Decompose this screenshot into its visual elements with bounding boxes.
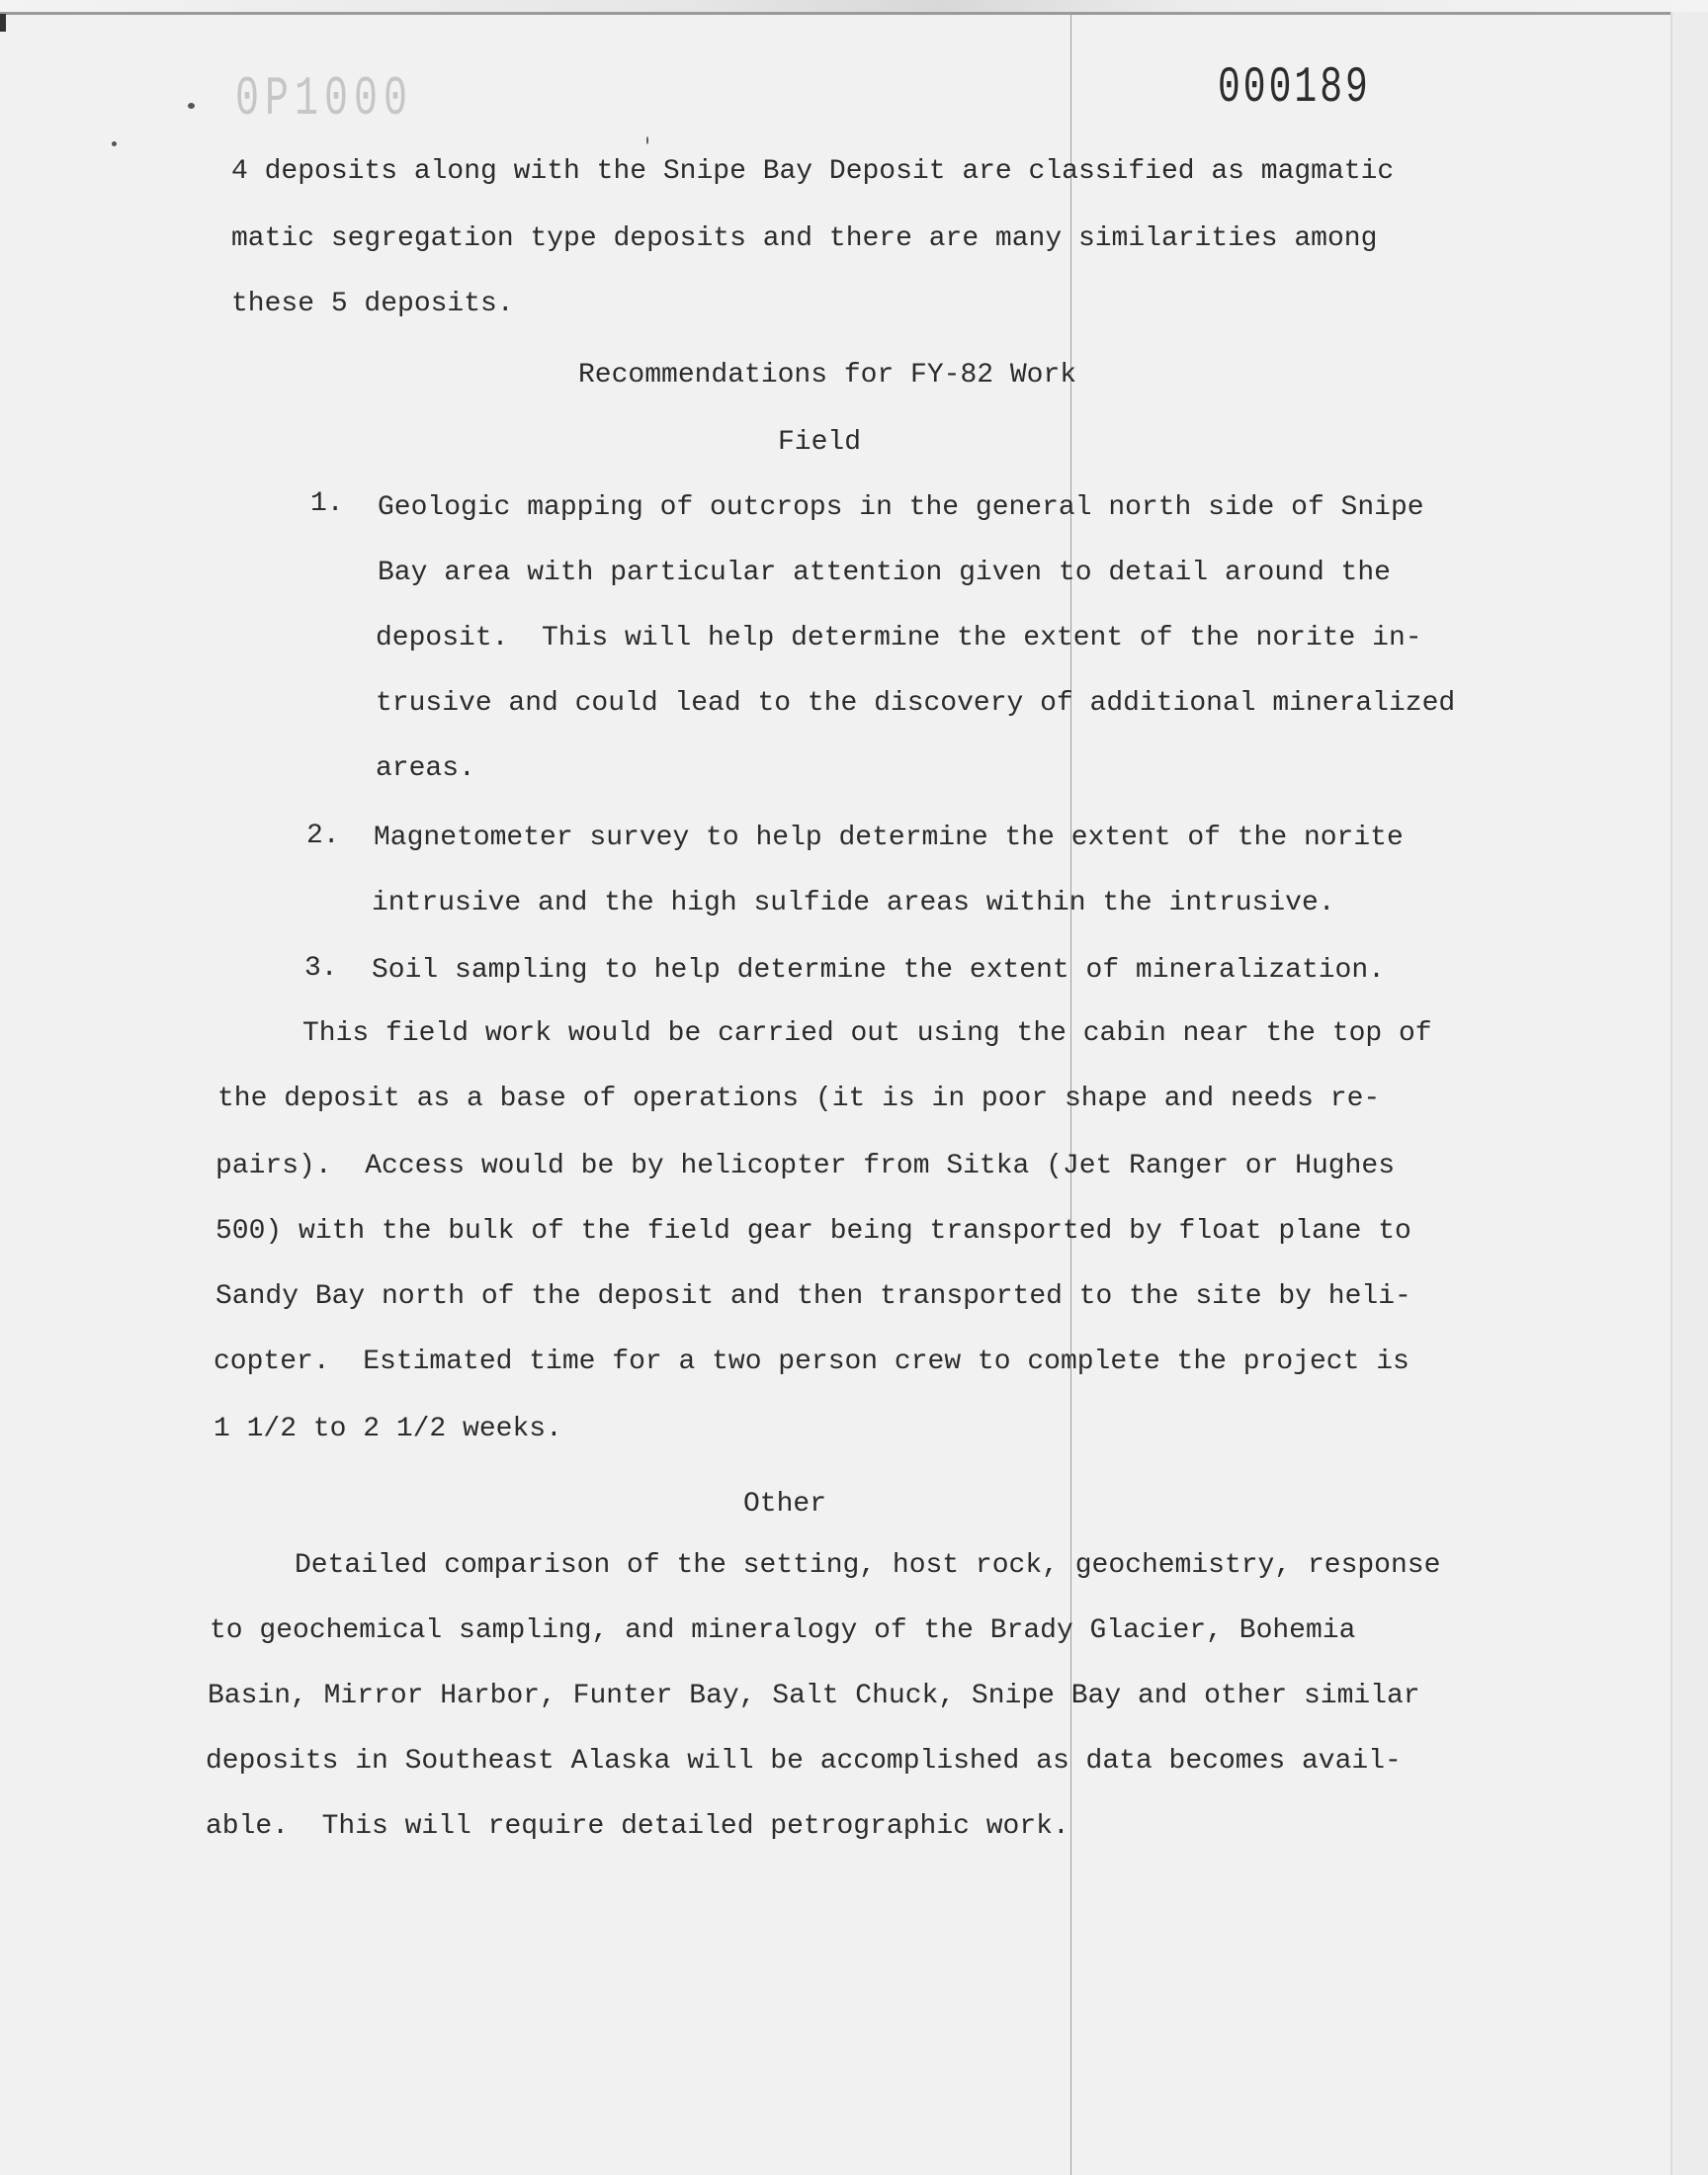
paragraph-line: This field work would be carried out usi… xyxy=(302,1020,1432,1048)
page-number-stamp: 000189 xyxy=(1218,59,1371,117)
list-item-line: intrusive and the high sulfide areas wit… xyxy=(372,890,1335,917)
speck-mark xyxy=(112,141,117,146)
paragraph-line: deposits in Southeast Alaska will be acc… xyxy=(206,1748,1402,1776)
paragraph-line: pairs). Access would be by helicopter fr… xyxy=(215,1153,1395,1180)
paragraph-line: able. This will require detailed petrogr… xyxy=(206,1813,1069,1841)
list-number: 2. xyxy=(306,823,340,850)
paragraph-line: the deposit as a base of operations (it … xyxy=(217,1086,1380,1113)
paragraph-line: 1 1/2 to 2 1/2 weeks. xyxy=(213,1416,562,1443)
paragraph-line: copter. Estimated time for a two person … xyxy=(213,1348,1409,1376)
paragraph-line: Detailed comparison of the setting, host… xyxy=(295,1552,1440,1580)
list-item-line: trusive and could lead to the discovery … xyxy=(376,690,1455,718)
list-item-line: deposit. This will help determine the ex… xyxy=(376,625,1422,652)
list-item-line: Bay area with particular attention given… xyxy=(378,560,1391,587)
paragraph-line: Sandy Bay north of the deposit and then … xyxy=(215,1283,1411,1311)
speck-mark xyxy=(646,136,648,144)
list-item-line: Soil sampling to help determine the exte… xyxy=(372,957,1385,985)
list-number: 1. xyxy=(310,490,344,518)
other-heading: Other xyxy=(743,1489,826,1520)
list-item-line: Magnetometer survey to help determine th… xyxy=(374,825,1404,852)
faint-stamp-code: 0P1000 xyxy=(235,69,413,131)
list-number: 3. xyxy=(304,955,338,983)
paragraph-line: Basin, Mirror Harbor, Funter Bay, Salt C… xyxy=(208,1683,1420,1710)
field-heading: Field xyxy=(778,427,861,458)
paragraph-line: to geochemical sampling, and mineralogy … xyxy=(210,1617,1355,1645)
page-right-edge xyxy=(1670,12,1708,2175)
intro-line: 4 deposits along with the Snipe Bay Depo… xyxy=(231,158,1394,186)
scanner-top-bar xyxy=(0,0,1708,12)
section-title: Recommendations for FY-82 Work xyxy=(578,360,1076,391)
list-item-line: areas. xyxy=(376,755,475,783)
intro-line: these 5 deposits. xyxy=(231,291,514,318)
intro-line: matic segregation type deposits and ther… xyxy=(231,225,1377,253)
scanner-edge-mark xyxy=(0,14,6,32)
paragraph-line: 500) with the bulk of the field gear bei… xyxy=(215,1218,1411,1246)
speck-mark xyxy=(188,103,195,109)
list-item-line: Geologic mapping of outcrops in the gene… xyxy=(378,494,1424,522)
